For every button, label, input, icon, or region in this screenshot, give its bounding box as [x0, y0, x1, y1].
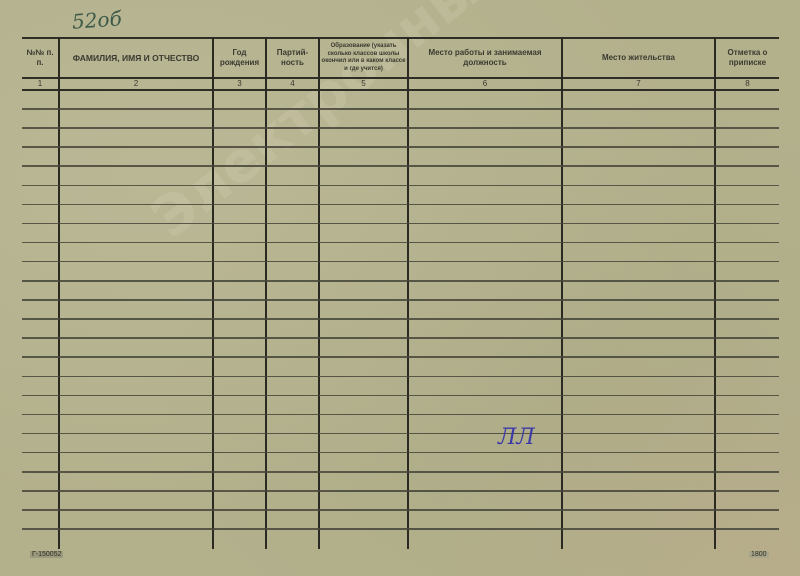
column-header-birth-year: Год рождения — [214, 39, 265, 77]
table-row-line — [22, 261, 779, 263]
table-row-line — [22, 299, 779, 301]
print-run-number: 1800 — [749, 551, 769, 558]
column-header-number: №№ п. п. — [22, 39, 58, 77]
table-row-line — [22, 280, 779, 282]
column-header-full-name: ФАМИЛИЯ, ИМЯ И ОТЧЕСТВО — [60, 39, 212, 77]
table-row-line — [22, 318, 779, 320]
table-row-line — [22, 528, 779, 530]
table-row-line — [22, 356, 779, 358]
column-header-workplace: Место работы и занимаемая должность — [409, 39, 561, 77]
column-header-party: Партий-ность — [267, 39, 318, 77]
handwritten-page-note: 52об — [71, 6, 122, 33]
column-number: 6 — [409, 78, 561, 89]
column-header-education: Образование (указать сколько классов шко… — [320, 39, 407, 77]
table-row-line — [22, 490, 779, 492]
handwritten-stamp-mark: ЛЛ — [498, 425, 535, 450]
column-number: 7 — [563, 78, 714, 89]
table-row-line — [22, 414, 779, 416]
table-row-line — [22, 471, 779, 473]
table-row-line — [22, 337, 779, 339]
table-row-line — [22, 376, 779, 378]
column-number: 1 — [22, 78, 58, 89]
column-header-registration-mark: Отметка о приписке — [716, 39, 779, 77]
number-row-border — [22, 89, 779, 91]
column-number: 2 — [60, 78, 212, 89]
column-number: 5 — [320, 78, 407, 89]
register-form-table: №№ п. п. ФАМИЛИЯ, ИМЯ И ОТЧЕСТВО Год рож… — [22, 37, 779, 549]
table-row-line — [22, 433, 779, 435]
column-number: 4 — [267, 78, 318, 89]
column-number: 3 — [214, 78, 265, 89]
table-row-line — [22, 146, 779, 148]
table-row-line — [22, 395, 779, 397]
table-row-line — [22, 165, 779, 167]
table-row-line — [22, 185, 779, 187]
form-code: Г-150052 — [30, 551, 63, 558]
table-row-line — [22, 452, 779, 454]
table-row-line — [22, 223, 779, 225]
column-number: 8 — [716, 78, 779, 89]
table-row-line — [22, 242, 779, 244]
table-row-line — [22, 108, 779, 110]
table-row-line — [22, 127, 779, 129]
column-header-residence: Место жительства — [563, 39, 714, 77]
table-row-line — [22, 204, 779, 206]
table-row-line — [22, 509, 779, 511]
